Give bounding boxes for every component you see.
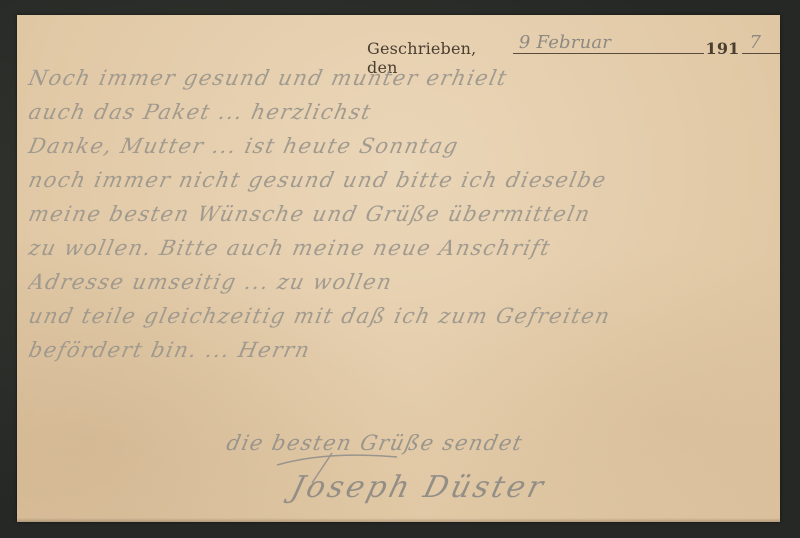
- letter-line: meine besten Wünsche und Grüße übermitte…: [25, 197, 777, 231]
- letter-line: Noch immer gesund und munter erhielt: [25, 61, 777, 95]
- letter-body: Noch immer gesund und munter erhielt auc…: [29, 61, 774, 367]
- letter-line: und teile gleichzeitig mit daß ich zum G…: [25, 299, 777, 333]
- printed-year-prefix: 191: [706, 39, 740, 58]
- paper-edge-shadow: [17, 518, 780, 522]
- letter-line: befördert bin. ... Herrn: [25, 333, 777, 367]
- letter-line: Adresse umseitig ... zu wollen: [25, 265, 777, 299]
- handwritten-date: 9 Februar: [519, 32, 611, 53]
- letter-line: noch immer nicht gesund und bitte ich di…: [25, 163, 777, 197]
- letter-line: auch das Paket ... herzlichst: [25, 95, 777, 129]
- handwritten-year-suffix: 7: [750, 32, 762, 53]
- year-field: 7: [742, 33, 781, 54]
- signature: Joseph Düster: [288, 470, 550, 505]
- closing-line: die besten Grüße sendet: [224, 431, 525, 455]
- date-field: 9 Februar: [513, 33, 704, 54]
- letter-line: zu wollen. Bitte auch meine neue Anschri…: [25, 231, 777, 265]
- postcard: Geschrieben, den 9 Februar 191 7 Noch im…: [17, 15, 780, 522]
- letter-line: Danke, Mutter ... ist heute Sonntag: [25, 129, 777, 163]
